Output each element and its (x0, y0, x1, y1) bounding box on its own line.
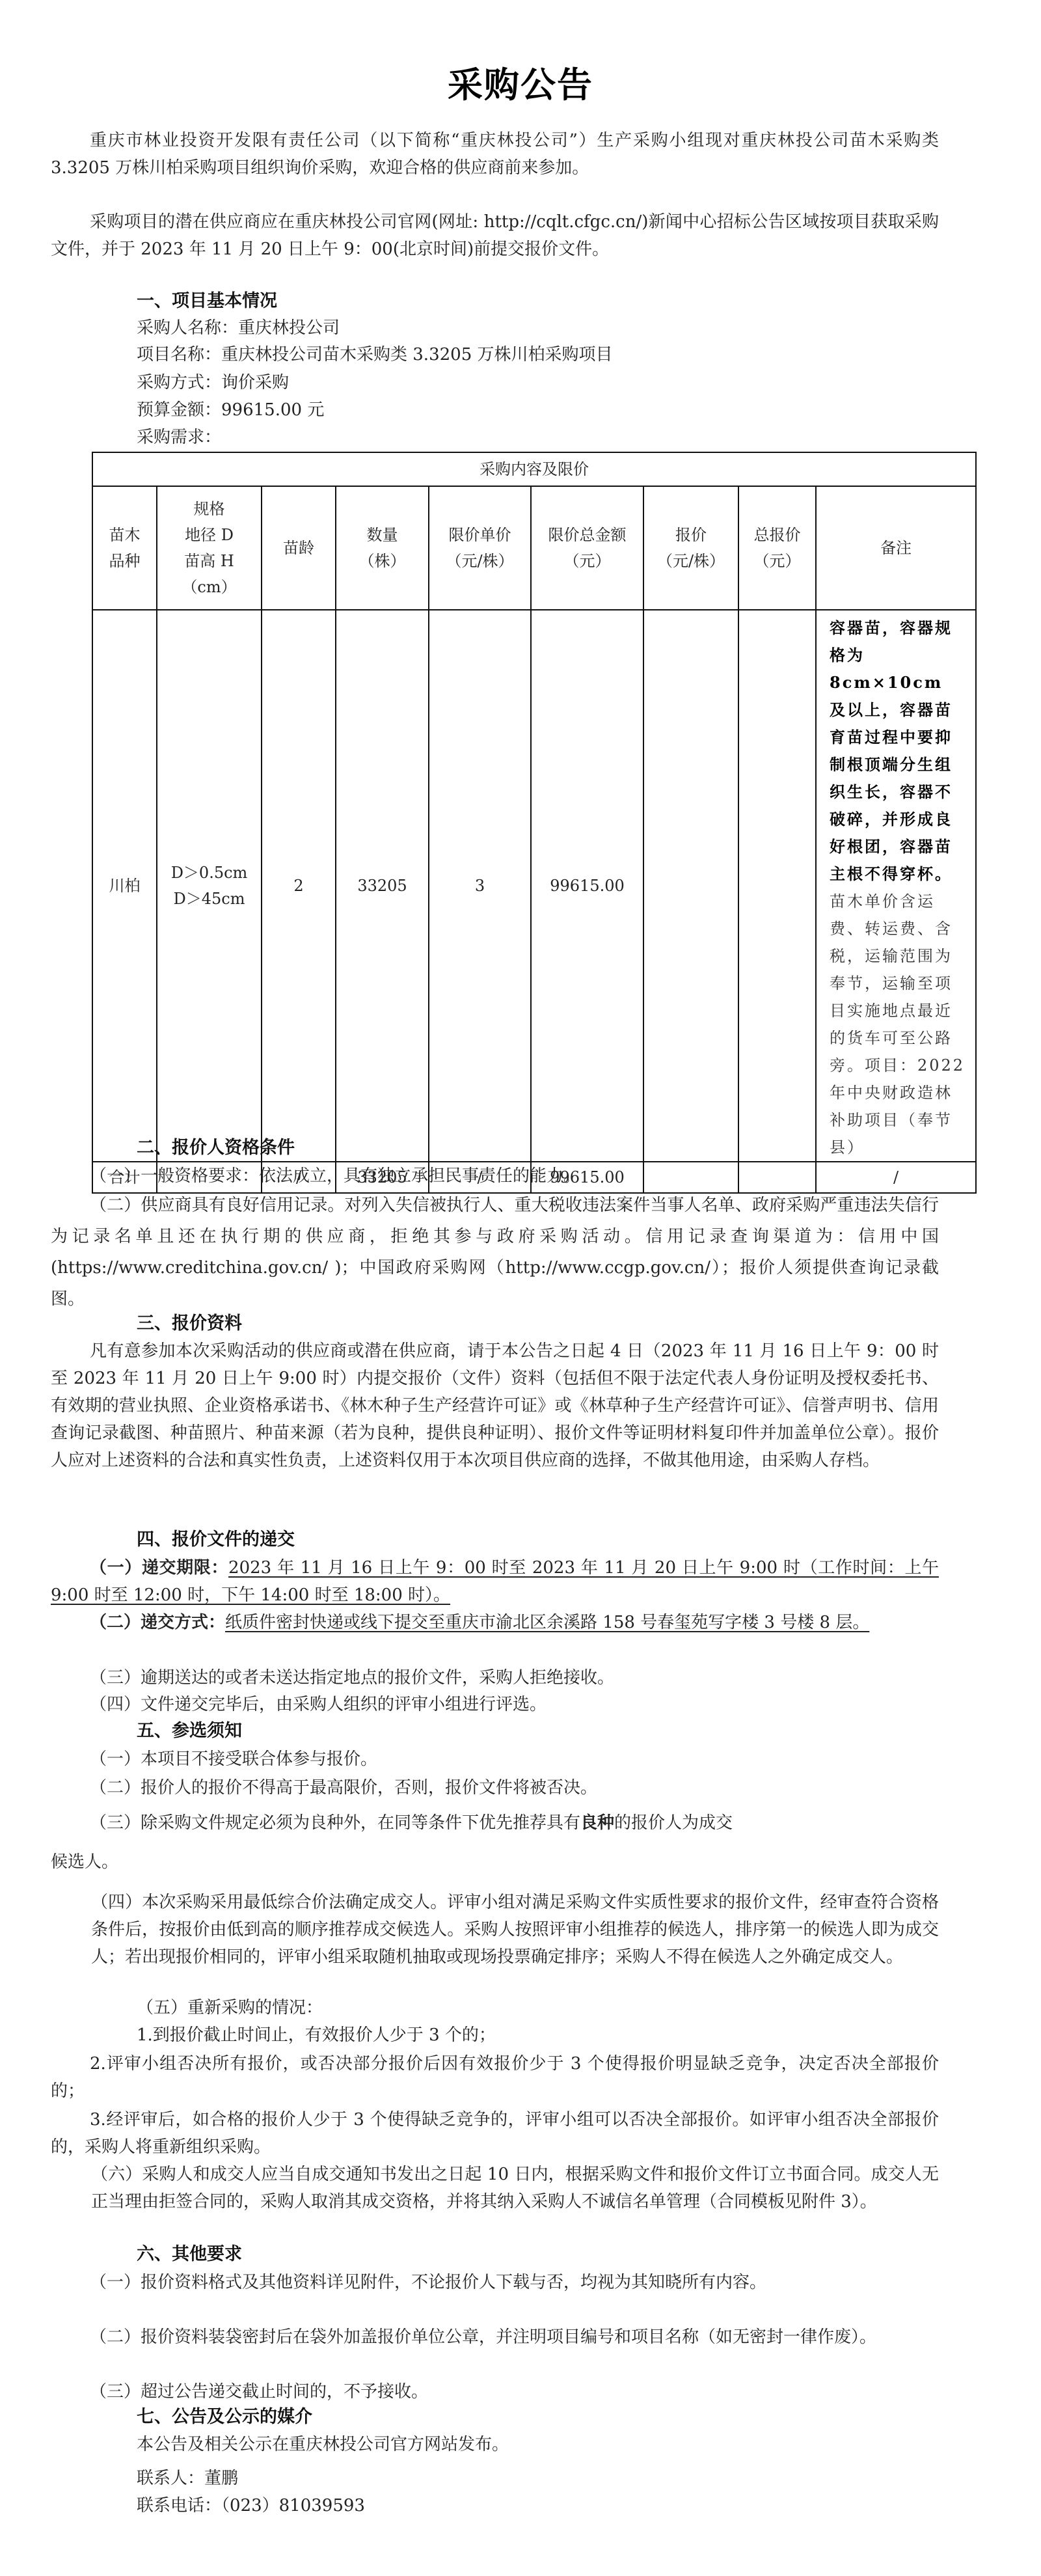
project-name: 项目名称：重庆林投公司苗木采购类 3.3205 万株川柏采购项目 (137, 342, 613, 368)
notice-item-6: （六）采购人和成交人应当自成交通知书发出之日起 10 日内，根据采购文件和报价文… (91, 2161, 939, 2215)
page-title: 采购公告 (0, 57, 1041, 107)
table-header-row: 苗木 品种 规格 地径 D 苗高 H （cm） 苗龄 数量 （株） 限价单价 （… (92, 486, 976, 610)
contact-phone: 联系电话：（023）81039593 (137, 2493, 365, 2519)
other-requirement-2: （二）报价资料装袋密封后在袋外加盖报价单位公章，并注明项目编号和项目名称（如无密… (51, 2323, 939, 2351)
procurement-method: 采购方式：询价采购 (137, 370, 289, 396)
notice-item-2: （二）报价人的报价不得高于最高限价，否则，报价文件将被否决。 (51, 1774, 939, 1802)
intro-paragraph-1: 重庆市林业投资开发限有责任公司（以下简称“重庆林投公司”）生产采购小组现对重庆林… (51, 127, 939, 182)
other-requirement-3: （三）超过公告递交截止时间的，不予接收。 (51, 2378, 939, 2405)
rebid-condition-2: 2.评审小组否决所有报价，或否决部分报价后因有效报价少于 3 个使得报价明显缺乏… (51, 2050, 939, 2105)
table-caption: 采购内容及限价 (92, 452, 976, 486)
cell-total-limit: 99615.00 (531, 610, 643, 1162)
intro-paragraph-2: 采购项目的潜在供应商应在重庆林投公司官网(网址: http://cqlt.cfg… (51, 208, 939, 263)
submission-method: （二）递交方式：纸质件密封快递或线下提交至重庆市渝北区余溪路 158 号春玺苑写… (51, 1609, 939, 1636)
qualification-item-1: （一）一般资格要求：依法成立，具有独立承担民事责任的能力。 (51, 1162, 939, 1190)
cell-spec: D＞0.5cm D＞45cm (157, 610, 262, 1162)
section-3-heading: 三、报价资料 (137, 1311, 242, 1337)
submission-deadline: （一）递交期限：2023 年 11 月 16 日上午 9：00 时至 2023 … (51, 1554, 939, 1609)
rebid-condition-1: 1.到报价截止时间止，有效报价人少于 3 个的； (137, 2022, 496, 2048)
table-row: 川柏 D＞0.5cm D＞45cm 2 33205 3 99615.00 容器苗… (92, 610, 976, 1162)
header-variety: 苗木 品种 (92, 486, 157, 610)
header-unit-limit: 限价单价 （元/株） (429, 486, 531, 610)
cell-variety: 川柏 (92, 610, 157, 1162)
submission-item-3: （三）逾期送达的或者未送达指定地点的报价文件，采购人拒绝接收。 (51, 1664, 939, 1692)
quotation-materials-body: 凡有意参加本次采购活动的供应商或潜在供应商，请于本公告之日起 4 日（2023 … (51, 1337, 939, 1474)
other-requirement-1: （一）报价资料格式及其他资料详见附件，不论报价人下载与否，均视为其知晓所有内容。 (51, 2269, 939, 2296)
cell-remark: 容器苗，容器规格为 8cm×10cm 及以上，容器苗育苗过程中要抑制根顶端分生组… (816, 610, 976, 1162)
procurement-demand-label: 采购需求： (137, 424, 221, 450)
cell-quantity: 33205 (336, 610, 429, 1162)
procurement-announcement-page: 采购公告 重庆市林业投资开发限有责任公司（以下简称“重庆林投公司”）生产采购小组… (0, 0, 1041, 2576)
submission-item-4: （四）文件递交完毕后，由采购人组织的评审小组进行评选。 (51, 1691, 939, 1718)
header-quantity: 数量 （株） (336, 486, 429, 610)
header-quote: 报价 （元/株） (643, 486, 738, 610)
notice-item-3-cont: 候选人。 (51, 1848, 939, 1876)
procurement-table: 采购内容及限价 苗木 品种 规格 地径 D 苗高 H （cm） 苗龄 数量 （株… (92, 452, 977, 1194)
cell-total-quote (738, 610, 816, 1162)
header-spec: 规格 地径 D 苗高 H （cm） (157, 486, 262, 610)
section-4-heading: 四、报价文件的递交 (137, 1527, 295, 1553)
section-7-heading: 七、公告及公示的媒介 (137, 2404, 312, 2430)
qualification-item-2: （二）供应商具有良好信用记录。对列入失信被执行人、重大税收违法案件当事人名单、政… (51, 1190, 939, 1315)
notice-item-4: （四）本次采购采用最低综合价法确定成交人。评审小组对满足采购文件实质性要求的报价… (91, 1889, 939, 1971)
notice-item-1: （一）本项目不接受联合体参与报价。 (51, 1746, 939, 1773)
contact-person: 联系人：董鹏 (137, 2465, 238, 2491)
header-age: 苗龄 (262, 486, 336, 610)
section-1-heading: 一、项目基本情况 (137, 288, 277, 314)
header-total-quote: 总报价 （元） (738, 486, 816, 610)
budget-amount: 预算金额：99615.00 元 (137, 397, 324, 423)
section-2-heading: 二、报价人资格条件 (137, 1135, 295, 1161)
purchaser-name: 采购人名称：重庆林投公司 (137, 315, 340, 341)
section-5-heading: 五、参选须知 (137, 1718, 242, 1744)
cell-unit-limit: 3 (429, 610, 531, 1162)
header-total-limit: 限价总金额 （元） (531, 486, 643, 610)
header-remark: 备注 (816, 486, 976, 610)
rebid-condition-3: 3.经评审后，如合格的报价人少于 3 个使得缺乏竞争的，评审小组可以否决全部报价… (51, 2106, 939, 2161)
cell-quote (643, 610, 738, 1162)
publication-media: 本公告及相关公示在重庆林投公司官方网站发布。 (137, 2432, 509, 2458)
notice-item-5: （五）重新采购的情况： (137, 1995, 323, 2021)
cell-age: 2 (262, 610, 336, 1162)
section-6-heading: 六、其他要求 (137, 2241, 242, 2268)
notice-item-3: （三）除采购文件规定必须为良种外，在同等条件下优先推荐具有良种的报价人为成交 (51, 1809, 939, 1837)
